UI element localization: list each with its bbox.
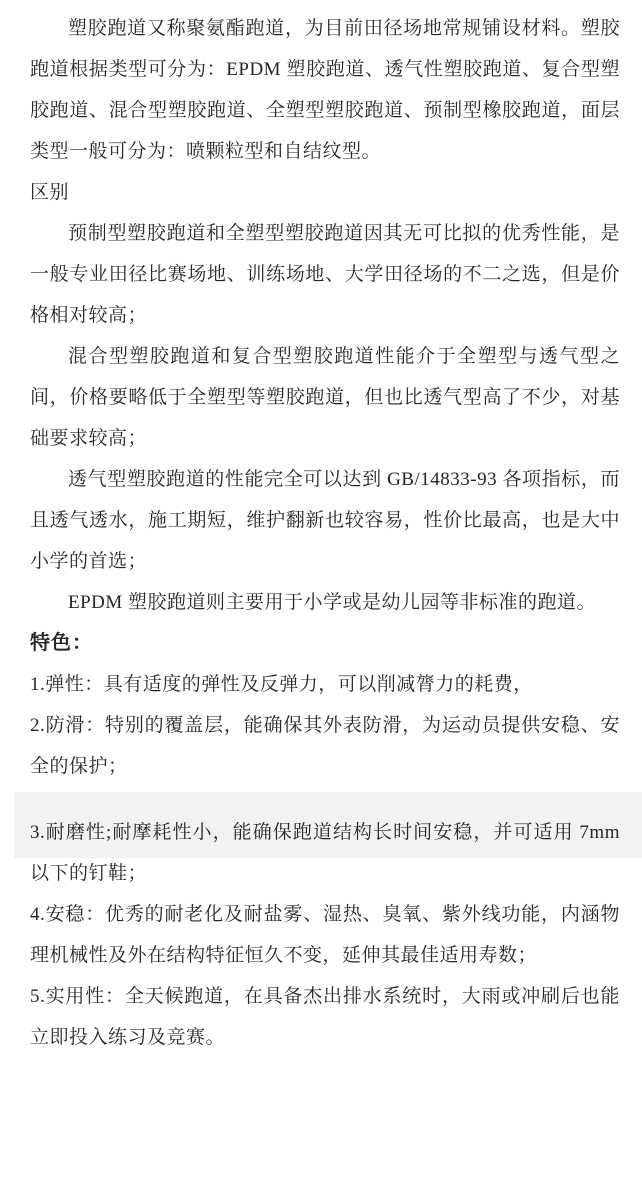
feature-item-elasticity: 1.弹性：具有适度的弹性及反弹力，可以削减膂力的耗费， (30, 664, 620, 705)
paragraph-difference-breathable: 透气型塑胶跑道的性能完全可以达到 GB/14833-93 各项指标，而且透气透水… (30, 459, 620, 582)
paragraph-difference-prefab-fullpu: 预制型塑胶跑道和全塑型塑胶跑道因其无可比拟的优秀性能，是一般专业田径比赛场地、训… (30, 213, 620, 336)
article: 塑胶跑道又称聚氨酯跑道，为目前田径场地常规铺设材料。塑胶跑道根据类型可分为：EP… (0, 0, 642, 1189)
feature-item-wear-resistance-block: 3.耐磨性;耐摩耗性小，能确保跑道结构长时间安稳，并可适用 7mm 以下的钉鞋； (30, 812, 620, 894)
paragraph-intro: 塑胶跑道又称聚氨酯跑道，为目前田径场地常规铺设材料。塑胶跑道根据类型可分为：EP… (30, 8, 620, 172)
feature-item-stability: 4.安稳：优秀的耐老化及耐盐雾、湿热、臭氧、紫外线功能，内涵物理机械性及外在结构… (30, 894, 620, 976)
feature-item-antislip: 2.防滑：特别的覆盖层，能确保其外表防滑，为运动员提供安稳、安全的保护； (30, 705, 620, 787)
paragraph-difference-epdm: EPDM 塑胶跑道则主要用于小学或是幼儿园等非标准的跑道。 (30, 582, 620, 623)
section-heading-difference: 区别 (30, 172, 620, 213)
section-heading-features: 特色： (30, 623, 620, 664)
document-page: { "page": { "background_color": "#ffffff… (0, 0, 642, 1189)
feature-item-wear-resistance: 3.耐磨性;耐摩耗性小，能确保跑道结构长时间安稳，并可适用 7mm 以下的钉鞋； (30, 812, 620, 894)
feature-item-practicality: 5.实用性：全天候跑道，在具备杰出排水系统时，大雨或冲刷后也能立即投入练习及竞赛… (30, 976, 620, 1058)
paragraph-difference-hybrid-composite: 混合型塑胶跑道和复合型塑胶跑道性能介于全塑型与透气型之间，价格要略低于全塑型等塑… (30, 336, 620, 459)
